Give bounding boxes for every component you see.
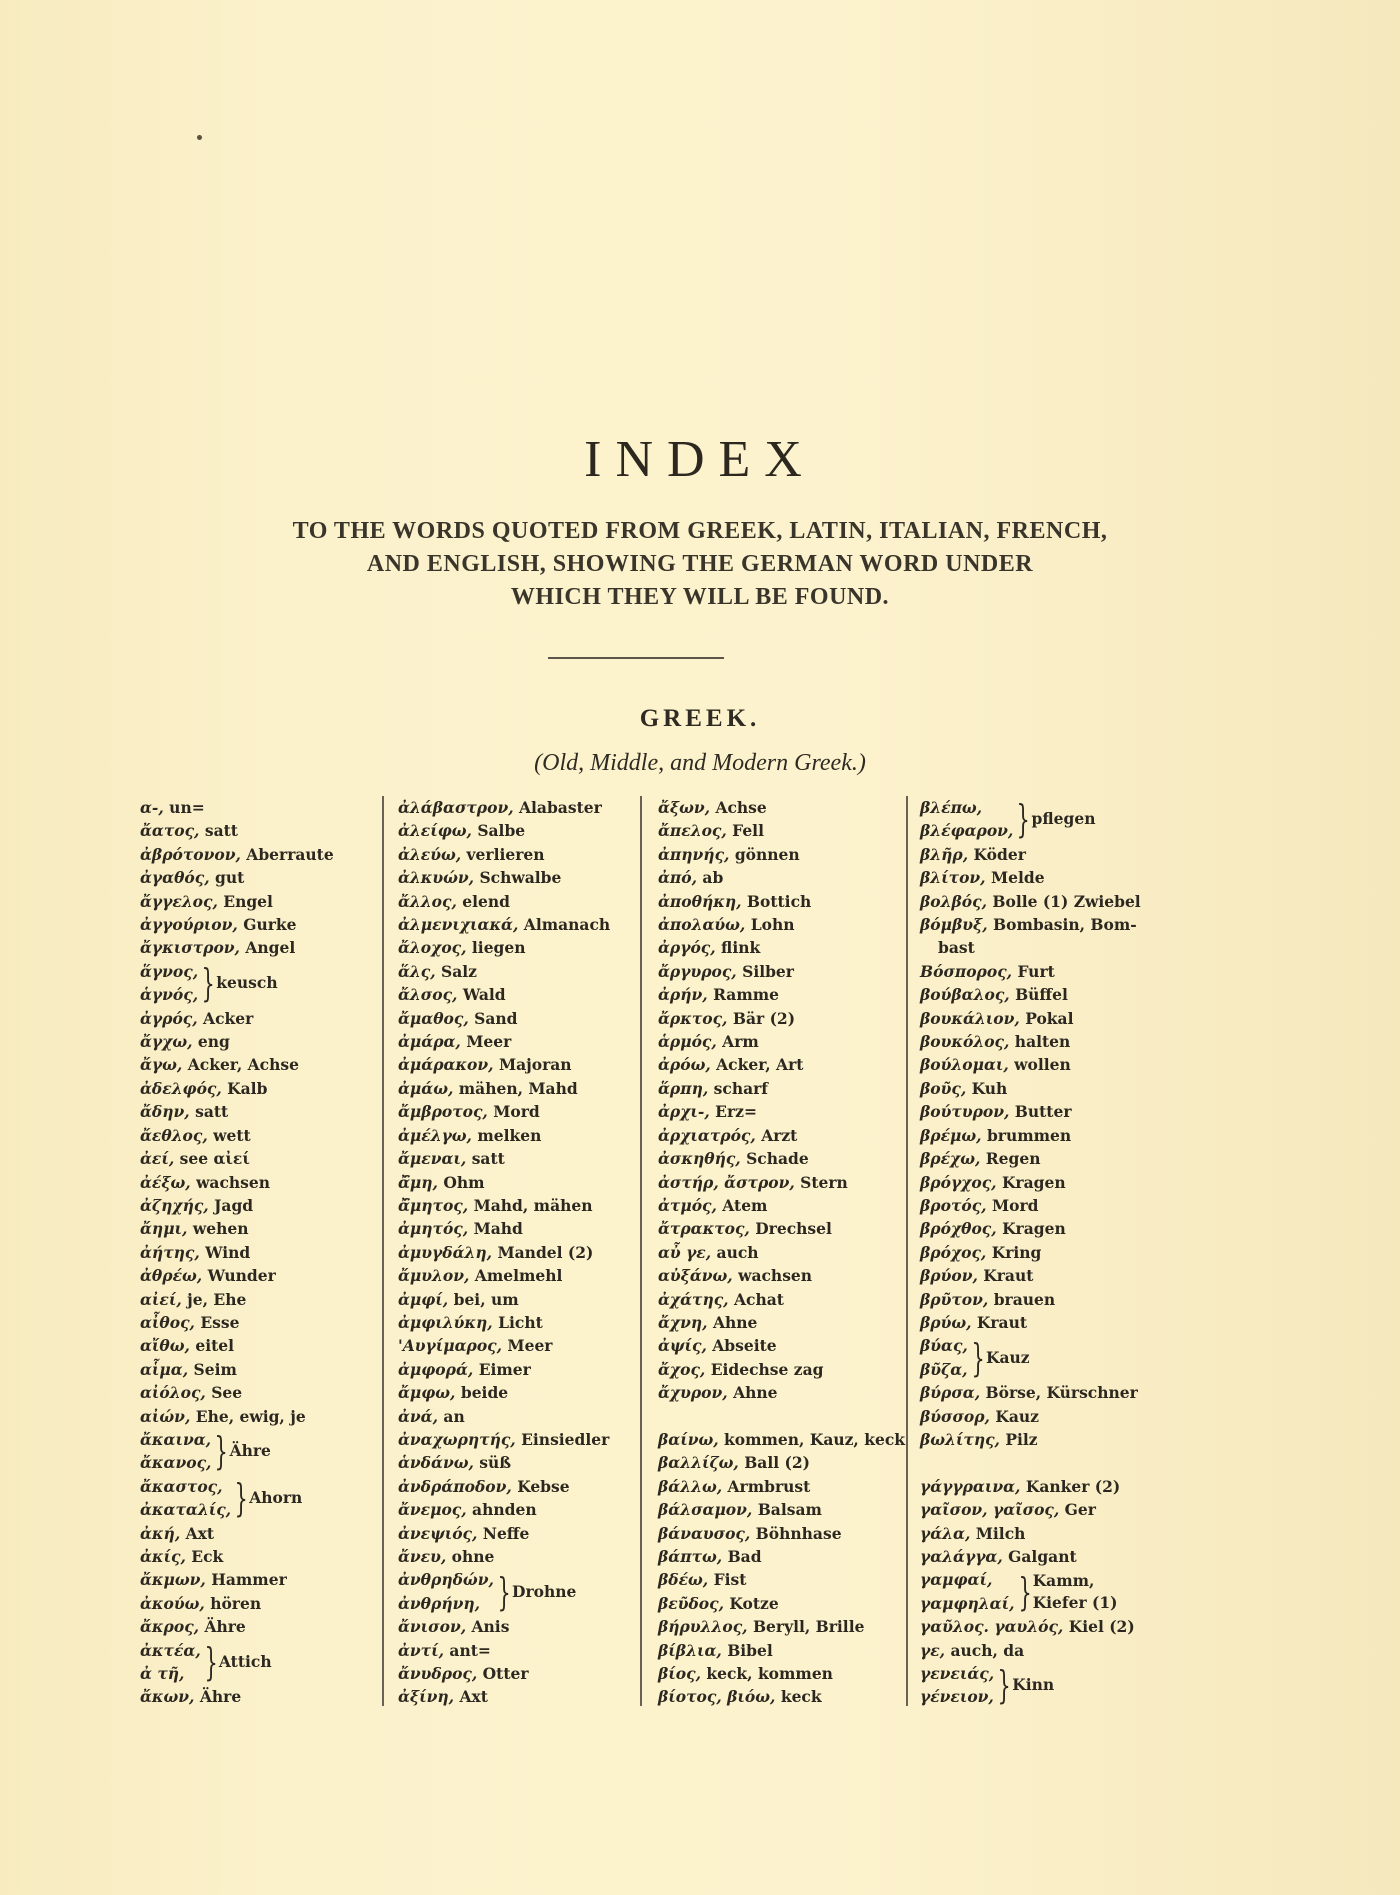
index-entry: ἀβρότονον, Aberraute	[140, 843, 380, 866]
german-word: liegen	[472, 938, 526, 957]
greek-word: ἀργός,	[658, 938, 716, 957]
german-word: Almanach	[524, 915, 610, 934]
brace-icon: }	[204, 1642, 217, 1682]
index-entry: ἄρκτος, Bär (2)	[658, 1007, 904, 1030]
index-entry: ἀγρός, Acker	[140, 1007, 380, 1030]
index-entry: αἰεί, je, Ehe	[140, 1288, 380, 1311]
greek-word: ἀξίνη,	[398, 1687, 454, 1706]
index-entry-group: ἄκαινα,ἄκανος,}Ähre	[140, 1428, 380, 1475]
german-word: Meer	[466, 1032, 511, 1051]
greek-word: βύρσα,	[920, 1383, 980, 1402]
greek-word: βίβλια,	[658, 1641, 722, 1660]
german-word: hören	[210, 1594, 261, 1613]
index-entry: ἀσκηθής, Schade	[658, 1147, 904, 1170]
german-word: Kotze	[729, 1594, 778, 1613]
german-word: Alabaster	[519, 798, 602, 817]
index-entry: ἀδελφός, Kalb	[140, 1077, 380, 1100]
german-word: Bad	[728, 1547, 762, 1566]
german-word: Hammer	[211, 1570, 287, 1589]
german-word: Schwalbe	[479, 868, 561, 887]
greek-word: ἄγκιστρον,	[140, 938, 240, 957]
german-headword: Kauz	[986, 1347, 1030, 1369]
greek-word: βοῦς,	[920, 1079, 966, 1098]
greek-word: ἄνεμος,	[398, 1500, 467, 1519]
german-word: Butter	[1015, 1102, 1072, 1121]
index-entry: αὖ γε, auch	[658, 1241, 904, 1264]
german-word: keck	[781, 1687, 822, 1706]
greek-word: ἀμάρα,	[398, 1032, 461, 1051]
greek-word: ἀντί,	[398, 1641, 444, 1660]
greek-word: ἀποθήκη,	[658, 892, 742, 911]
german-word: wachsen	[196, 1173, 270, 1192]
greek-word: ἀπηνής,	[658, 845, 729, 864]
greek-word: ἀμφί,	[398, 1290, 448, 1309]
german-word: Wald	[463, 985, 506, 1004]
german-word: Kamm,	[1033, 1570, 1118, 1592]
greek-word: ἄκαστος,	[140, 1477, 223, 1496]
greek-word: αἰόλος,	[140, 1383, 206, 1402]
german-word: wollen	[1014, 1055, 1071, 1074]
german-word: Esse	[200, 1313, 239, 1332]
greek-word: βρόχθος,	[920, 1219, 997, 1238]
index-entry: βρέμω, brummen	[920, 1124, 1170, 1147]
german-word: eng	[198, 1032, 230, 1051]
greek-word: ἀκίς,	[140, 1547, 186, 1566]
greek-word: ἄργυρος,	[658, 962, 737, 981]
german-word: Galgant	[1008, 1547, 1076, 1566]
german-headword: Attich	[219, 1651, 272, 1673]
german-word: Meer	[507, 1336, 552, 1355]
greek-word: βήρυλλος,	[658, 1617, 748, 1636]
german-word: Acker	[203, 1009, 253, 1028]
index-entry: ἄατος, satt	[140, 819, 380, 842]
greek-word: ἄγγελος,	[140, 892, 218, 911]
german-headword: Kamm,Kiefer (1)	[1033, 1570, 1118, 1614]
horizontal-rule	[548, 657, 724, 659]
german-word: Bär (2)	[733, 1009, 795, 1028]
german-word: Kauz	[986, 1347, 1030, 1369]
greek-word: γαῦλος. γαυλός,	[920, 1617, 1063, 1636]
german-word: gut	[215, 868, 244, 887]
index-entry: ἀμυγδάλη, Mandel (2)	[398, 1241, 638, 1264]
index-entry: βόμβυξ, Bombasin, Bom-	[920, 913, 1170, 936]
greek-word: ἀρόω,	[658, 1055, 711, 1074]
german-word: Kiefer (1)	[1033, 1592, 1118, 1614]
index-entry: βούβαλος, Büffel	[920, 983, 1170, 1006]
german-word: beide	[461, 1383, 508, 1402]
greek-word: βρόγχος,	[920, 1173, 997, 1192]
index-entry: βρόχθος, Kragen	[920, 1217, 1170, 1240]
greek-word: ἄδην,	[140, 1102, 190, 1121]
index-entry-group: ἀκτέα,ἀ τῆ,}Attich	[140, 1639, 380, 1686]
german-word: Büffel	[1015, 985, 1068, 1004]
index-entry: ἄτρακτος, Drechsel	[658, 1217, 904, 1240]
greek-word: ἀψίς,	[658, 1336, 707, 1355]
index-entry: βύσσορ, Kauz	[920, 1405, 1170, 1428]
greek-word: ἄτρακτος,	[658, 1219, 750, 1238]
german-word: Kanker (2)	[1026, 1477, 1120, 1496]
german-word: Bombasin, Bom-	[993, 915, 1137, 934]
greek-word: ἀρήν,	[658, 985, 708, 1004]
german-word: Angel	[245, 938, 295, 957]
greek-word: ἄμφω,	[398, 1383, 455, 1402]
index-entry: ἄημι, wehen	[140, 1217, 380, 1240]
index-entry: βωλίτης, Pilz	[920, 1428, 1170, 1451]
greek-word: γάγγραινα,	[920, 1477, 1020, 1496]
german-word: gönnen	[735, 845, 800, 864]
index-entry: βολβός, Bolle (1) Zwiebel	[920, 890, 1170, 913]
greek-word: ἄ̈μη,	[398, 1173, 438, 1192]
german-word: Drohne	[512, 1581, 576, 1603]
index-entry: ἀρχι-, Erz=	[658, 1100, 904, 1123]
index-entry: ἀτμός, Atem	[658, 1194, 904, 1217]
index-entry: βρόχος, Kring	[920, 1241, 1170, 1264]
index-entry: βούλομαι, wollen	[920, 1053, 1170, 1076]
index-entry: ἅλς, Salz	[398, 960, 638, 983]
index-entry-group: ἀνθρηδών,ἀνθρήνη,}Drohne	[398, 1568, 638, 1615]
greek-word: ἀκή,	[140, 1524, 180, 1543]
greek-word: ἀλμενιχιακά,	[398, 915, 518, 934]
greek-word: ἀμυγδάλη,	[398, 1243, 492, 1262]
greek-word: γαῖσον, γαῖσος,	[920, 1500, 1059, 1519]
index-entry: ἄκρος, Ähre	[140, 1615, 380, 1638]
index-entry: βρύον, Kraut	[920, 1264, 1170, 1287]
german-word: Melde	[991, 868, 1045, 887]
page-subtitle: TO THE WORDS QUOTED FROM GREEK, LATIN, I…	[0, 515, 1400, 614]
german-word: auch, da	[950, 1641, 1024, 1660]
german-word: bei, um	[454, 1290, 519, 1309]
greek-word: βρέχω,	[920, 1149, 980, 1168]
index-entry: ἀμάρα, Meer	[398, 1030, 638, 1053]
greek-word: ἀγρός,	[140, 1009, 198, 1028]
index-entry: βουκόλος, halten	[920, 1030, 1170, 1053]
german-headword: keusch	[216, 972, 277, 994]
index-column-2: ἀλάβαστρον, Alabasterἀλείφω, Salbeἀλεύω,…	[380, 796, 638, 1709]
greek-word: ἄνισον,	[398, 1617, 466, 1636]
greek-word: ἄκρος,	[140, 1617, 199, 1636]
greek-word: ἄλοχος,	[398, 938, 467, 957]
greek-word: βλίτον,	[920, 868, 986, 887]
greek-word: γαλάγγα,	[920, 1547, 1003, 1566]
index-entry-continuation: bast	[920, 936, 1170, 959]
german-word: Fell	[732, 821, 764, 840]
german-word: satt	[195, 1102, 228, 1121]
index-entry: ἀεί, see αἰεί	[140, 1147, 380, 1170]
index-entry: βίβλια, Bibel	[658, 1639, 904, 1662]
index-entry: βλίτον, Melde	[920, 866, 1170, 889]
section-heading: GREEK.	[0, 705, 1400, 733]
index-entry: ἀθρέω, Wunder	[140, 1264, 380, 1287]
german-word: je, Ehe	[187, 1290, 246, 1309]
index-entry: βαίνω, kommen, Kauz, keck	[658, 1428, 904, 1451]
greek-word: ἀ τῆ,	[140, 1664, 184, 1683]
index-entry: βίος, keck, kommen	[658, 1662, 904, 1685]
german-word: Axt	[459, 1687, 487, 1706]
greek-word: ἀλείφω,	[398, 821, 472, 840]
greek-word: αὐξάνω,	[658, 1266, 733, 1285]
index-entry: ἀλκυών, Schwalbe	[398, 866, 638, 889]
subtitle-line: AND ENGLISH, SHOWING THE GERMAN WORD UND…	[0, 548, 1400, 581]
page-title: INDEX	[0, 430, 1400, 489]
german-word: Kraut	[977, 1313, 1027, 1332]
index-entry: αἶθος, Esse	[140, 1311, 380, 1334]
german-headword: Ähre	[230, 1440, 271, 1462]
german-word: Kiel (2)	[1069, 1617, 1135, 1636]
index-entry: ἀπηνής, gönnen	[658, 843, 904, 866]
greek-word: βλῆρ,	[920, 845, 968, 864]
german-word: Ahorn	[249, 1487, 302, 1509]
greek-word: αὖ γε,	[658, 1243, 711, 1262]
german-headword: pflegen	[1032, 808, 1096, 830]
german-word: süß	[479, 1453, 511, 1472]
german-word: auch	[717, 1243, 759, 1262]
greek-word: βαλλίζω,	[658, 1453, 739, 1472]
index-entry: ἀργός, flink	[658, 936, 904, 959]
german-word: Salz	[441, 962, 477, 981]
grouped-greek-words: ἀκτέα,ἀ τῆ,	[140, 1639, 201, 1686]
german-word: Ehe, ewig, je	[196, 1407, 306, 1426]
german-word: ahnden	[472, 1500, 537, 1519]
greek-word: ἀλάβαστρον,	[398, 798, 514, 817]
greek-word: γένειον,	[920, 1687, 994, 1706]
german-word: Einsiedler	[521, 1430, 609, 1449]
brace-icon: }	[234, 1478, 247, 1518]
index-entry: ἀμάρακον, Majoran	[398, 1053, 638, 1076]
greek-word: ἁρμός,	[658, 1032, 717, 1051]
greek-word: α-,	[140, 798, 164, 817]
greek-word: ἀμητός,	[398, 1219, 468, 1238]
index-entry: ἀναχωρητής, Einsiedler	[398, 1428, 638, 1451]
index-entry: ἄκων, Ähre	[140, 1685, 380, 1708]
german-word: Böhnhase	[756, 1524, 842, 1543]
german-headword: Drohne	[512, 1581, 576, 1603]
brace-icon: }	[971, 1338, 984, 1378]
index-entry: ἄ̈μη, Ohm	[398, 1171, 638, 1194]
greek-word: βίοτος, βιόω,	[658, 1687, 775, 1706]
index-entry: ἀκή, Axt	[140, 1522, 380, 1545]
german-word: Kuh	[972, 1079, 1008, 1098]
german-word: brummen	[987, 1126, 1071, 1145]
index-entry: βάναυσος, Böhnhase	[658, 1522, 904, 1545]
index-entry: βρέχω, Regen	[920, 1147, 1170, 1170]
german-word: Arzt	[761, 1126, 797, 1145]
index-entry: ἄνευ, ohne	[398, 1545, 638, 1568]
index-entry: ἀξίνη, Axt	[398, 1685, 638, 1708]
greek-word: ἀθρέω,	[140, 1266, 202, 1285]
german-word: flink	[721, 938, 760, 957]
index-entry: ἁνδάνω, süß	[398, 1451, 638, 1474]
greek-word: ἀγγούριον,	[140, 915, 238, 934]
german-word: Ohm	[443, 1173, 484, 1192]
greek-word: ἄχνη,	[658, 1313, 708, 1332]
german-word: scharf	[714, 1079, 768, 1098]
german-word: Armbrust	[728, 1477, 811, 1496]
german-word: Anis	[472, 1617, 510, 1636]
greek-word: βάλσαμον,	[658, 1500, 752, 1519]
greek-word: ἀνεψιός,	[398, 1524, 477, 1543]
german-word: Salbe	[477, 821, 525, 840]
german-word: melken	[477, 1126, 541, 1145]
german-word: Balsam	[758, 1500, 822, 1519]
index-entry: ἄμαθος, Sand	[398, 1007, 638, 1030]
greek-word: βδέω,	[658, 1570, 708, 1589]
greek-word: αἴθω,	[140, 1336, 190, 1355]
greek-word: βούλομαι,	[920, 1055, 1009, 1074]
german-word: See	[211, 1383, 242, 1402]
index-entry: ἄχυρον, Ahne	[658, 1381, 904, 1404]
index-entry: βλῆρ, Köder	[920, 843, 1170, 866]
index-columns: α-, un=ἄατος, sattἀβρότονον, Aberrauteἀγ…	[140, 796, 1170, 1709]
german-word: Ball (2)	[744, 1453, 810, 1472]
german-word: verlieren	[467, 845, 545, 864]
greek-word: ἄμβροτος,	[398, 1102, 488, 1121]
greek-word: ἅγνος,	[140, 962, 198, 981]
index-entry: ἀρχιατρός, Arzt	[658, 1124, 904, 1147]
greek-word: ἄλλος,	[398, 892, 457, 911]
greek-word: βύας,	[920, 1336, 968, 1355]
brace-icon: }	[497, 1572, 510, 1612]
german-word: wachsen	[738, 1266, 812, 1285]
german-word: Stern	[800, 1173, 848, 1192]
greek-word: αἶθος,	[140, 1313, 195, 1332]
german-word: Schade	[746, 1149, 809, 1168]
index-entry: βαλλίζω, Ball (2)	[658, 1451, 904, 1474]
german-word: Ger	[1065, 1500, 1096, 1519]
greek-word: γάλα,	[920, 1524, 970, 1543]
index-entry: γάγγραινα, Kanker (2)	[920, 1475, 1170, 1498]
index-entry: γαῦλος. γαυλός, Kiel (2)	[920, 1615, 1170, 1638]
greek-word: ἀεί,	[140, 1149, 174, 1168]
index-entry: ἀψίς, Abseite	[658, 1334, 904, 1357]
german-word: Kragen	[1002, 1173, 1066, 1192]
page-speck	[197, 135, 202, 140]
index-column-4: βλέπω,βλέφαρον,}pflegenβλῆρ, Köderβλίτον…	[904, 796, 1170, 1709]
german-headword: Ahorn	[249, 1487, 302, 1509]
brace-icon: }	[1018, 1572, 1031, 1612]
index-entry: ἄλοχος, liegen	[398, 936, 638, 959]
index-entry: βύρσα, Börse, Kürschner	[920, 1381, 1170, 1404]
german-word: Ähre	[230, 1440, 271, 1462]
greek-word: βύσσορ,	[920, 1407, 990, 1426]
greek-word: βούτυρον,	[920, 1102, 1009, 1121]
index-entry: 'Αυγίμαρος, Meer	[398, 1334, 638, 1357]
german-word: Ahne	[713, 1313, 757, 1332]
index-entry: ἄκμων, Hammer	[140, 1568, 380, 1591]
index-entry: ἄδην, satt	[140, 1100, 380, 1123]
greek-word: ἄκαινα,	[140, 1430, 211, 1449]
greek-word: ἀκαταλίς,	[140, 1500, 231, 1519]
german-word: eitel	[195, 1336, 234, 1355]
index-entry: αὐξάνω, wachsen	[658, 1264, 904, 1287]
brace-icon: }	[1017, 799, 1030, 839]
greek-word: ἁγνός,	[140, 985, 198, 1004]
index-entry: ἀρόω, Acker, Art	[658, 1053, 904, 1076]
index-entry: ἀρήν, Ramme	[658, 983, 904, 1006]
greek-word: ἄκων,	[140, 1687, 194, 1706]
german-word: Eidechse zag	[711, 1360, 824, 1379]
grouped-greek-words: γαμφαί,γαμφηλαί,	[920, 1568, 1015, 1615]
index-entry: ἄλσος, Wald	[398, 983, 638, 1006]
greek-word: βλέπω,	[920, 798, 982, 817]
greek-word: ἀνθρηδών,	[398, 1570, 494, 1589]
greek-word: ἀμέλγω,	[398, 1126, 472, 1145]
german-word: ant=	[449, 1641, 490, 1660]
german-word: Kring	[992, 1243, 1042, 1262]
greek-word: βάπτω,	[658, 1547, 722, 1566]
german-word: keusch	[216, 972, 277, 994]
index-entry: ἄξων, Achse	[658, 796, 904, 819]
grouped-greek-words: βύας,βῦζα,	[920, 1334, 968, 1381]
german-word: Fist	[714, 1570, 747, 1589]
index-entry: ἄνισον, Anis	[398, 1615, 638, 1638]
greek-word: ἄγχω,	[140, 1032, 193, 1051]
grouped-greek-words: ἀνθρηδών,ἀνθρήνη,	[398, 1568, 494, 1615]
greek-word: ἄρκτος,	[658, 1009, 727, 1028]
greek-word: γαμφηλαί,	[920, 1594, 1015, 1613]
index-entry: α-, un=	[140, 796, 380, 819]
greek-word: βάλλω,	[658, 1477, 722, 1496]
index-entry: βάλλω, Armbrust	[658, 1475, 904, 1498]
greek-word: ἀμάω,	[398, 1079, 453, 1098]
german-word: Abseite	[712, 1336, 776, 1355]
index-entry: ἄχος, Eidechse zag	[658, 1358, 904, 1381]
index-entry: βάλσαμον, Balsam	[658, 1498, 904, 1521]
greek-word: ἀπολαύω,	[658, 915, 745, 934]
german-word: Börse, Kürschner	[986, 1383, 1138, 1402]
index-entry: ἄνεμος, ahnden	[398, 1498, 638, 1521]
greek-word: ἀγαθός,	[140, 868, 210, 887]
index-entry: ἄργυρος, Silber	[658, 960, 904, 983]
greek-word: ἀμφορά,	[398, 1360, 473, 1379]
index-entry: ἀνεψιός, Neffe	[398, 1522, 638, 1545]
greek-word: ἀκτέα,	[140, 1641, 201, 1660]
grouped-greek-words: γενειάς,γένειον,	[920, 1662, 994, 1709]
greek-word: βῦζα,	[920, 1360, 968, 1379]
greek-word: ἅρπη,	[658, 1079, 708, 1098]
german-word: Bolle (1) Zwiebel	[992, 892, 1140, 911]
greek-word: ἄπελος,	[658, 821, 727, 840]
index-entry: αἴθω, eitel	[140, 1334, 380, 1357]
german-word: Mord	[992, 1196, 1039, 1215]
index-entry: ἀλείφω, Salbe	[398, 819, 638, 842]
greek-word: βάναυσος,	[658, 1524, 750, 1543]
greek-word: βαίνω,	[658, 1430, 719, 1449]
german-word: Pilz	[1005, 1430, 1037, 1449]
german-word: keck, kommen	[706, 1664, 833, 1683]
index-entry: γε, auch, da	[920, 1639, 1170, 1662]
greek-word: 'Αυγίμαρος,	[398, 1336, 502, 1355]
index-entry: γαῖσον, γαῖσος, Ger	[920, 1498, 1170, 1521]
greek-word: ἄνυδρος,	[398, 1664, 477, 1683]
german-word: elend	[462, 892, 510, 911]
greek-word: ἀκούω,	[140, 1594, 205, 1613]
german-word: mähen, Mahd	[459, 1079, 578, 1098]
german-word: Ahne	[733, 1383, 777, 1402]
german-word: Silber	[742, 962, 794, 981]
german-word: Furt	[1017, 962, 1054, 981]
german-word: ab	[702, 868, 723, 887]
index-column-3: ἄξων, Achseἄπελος, Fellἀπηνής, gönnenἀπό…	[638, 796, 904, 1709]
german-word: Bibel	[727, 1641, 773, 1660]
greek-word: βόμβυξ,	[920, 915, 988, 934]
brace-icon: }	[215, 1431, 228, 1471]
greek-word: βρῦτον,	[920, 1290, 988, 1309]
letter-gap	[920, 1451, 1170, 1474]
greek-word: ἁνδάνω,	[398, 1453, 474, 1472]
german-word: Attich	[219, 1651, 272, 1673]
german-word: Acker, Achse	[188, 1055, 299, 1074]
index-entry: ἀέξω, wachsen	[140, 1171, 380, 1194]
